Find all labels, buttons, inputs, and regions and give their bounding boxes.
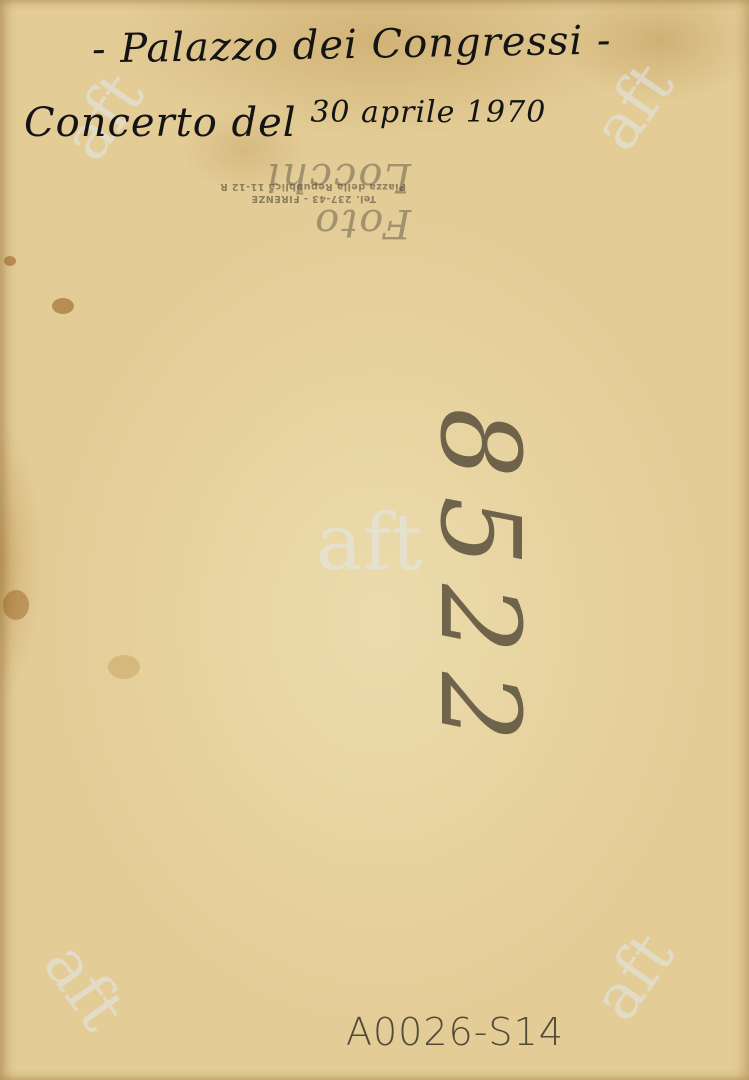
watermark: aft: [316, 498, 423, 588]
watermark: aft: [578, 920, 689, 1034]
photo-back-sheet: aft aft aft aft aft Foto Locchi Tel. 237…: [0, 0, 749, 1080]
photographer-stamp: Foto Locchi Tel. 237-43 - FIRENZE Piazza…: [176, 140, 426, 240]
stain: [52, 298, 74, 314]
watermark: aft: [28, 930, 139, 1044]
stamp-address: Piazza della Repubblica 11-12 R: [220, 180, 406, 192]
handwritten-concert-line: Concerto del 30 aprile 1970: [24, 100, 546, 146]
pencil-inventory-number: 8522: [416, 404, 544, 764]
handwritten-concert-prefix: Concerto del: [24, 100, 297, 146]
catalog-code: A0026-S14: [346, 1010, 564, 1054]
stain: [108, 655, 140, 679]
handwritten-venue: - Palazzo dei Congressi -: [92, 17, 612, 72]
stain: [3, 590, 29, 620]
handwritten-date: 30 aprile 1970: [310, 95, 546, 130]
watermark: aft: [578, 50, 689, 164]
stamp-phone-city: Tel. 237-43 - FIRENZE: [251, 192, 376, 204]
stain: [4, 256, 16, 266]
